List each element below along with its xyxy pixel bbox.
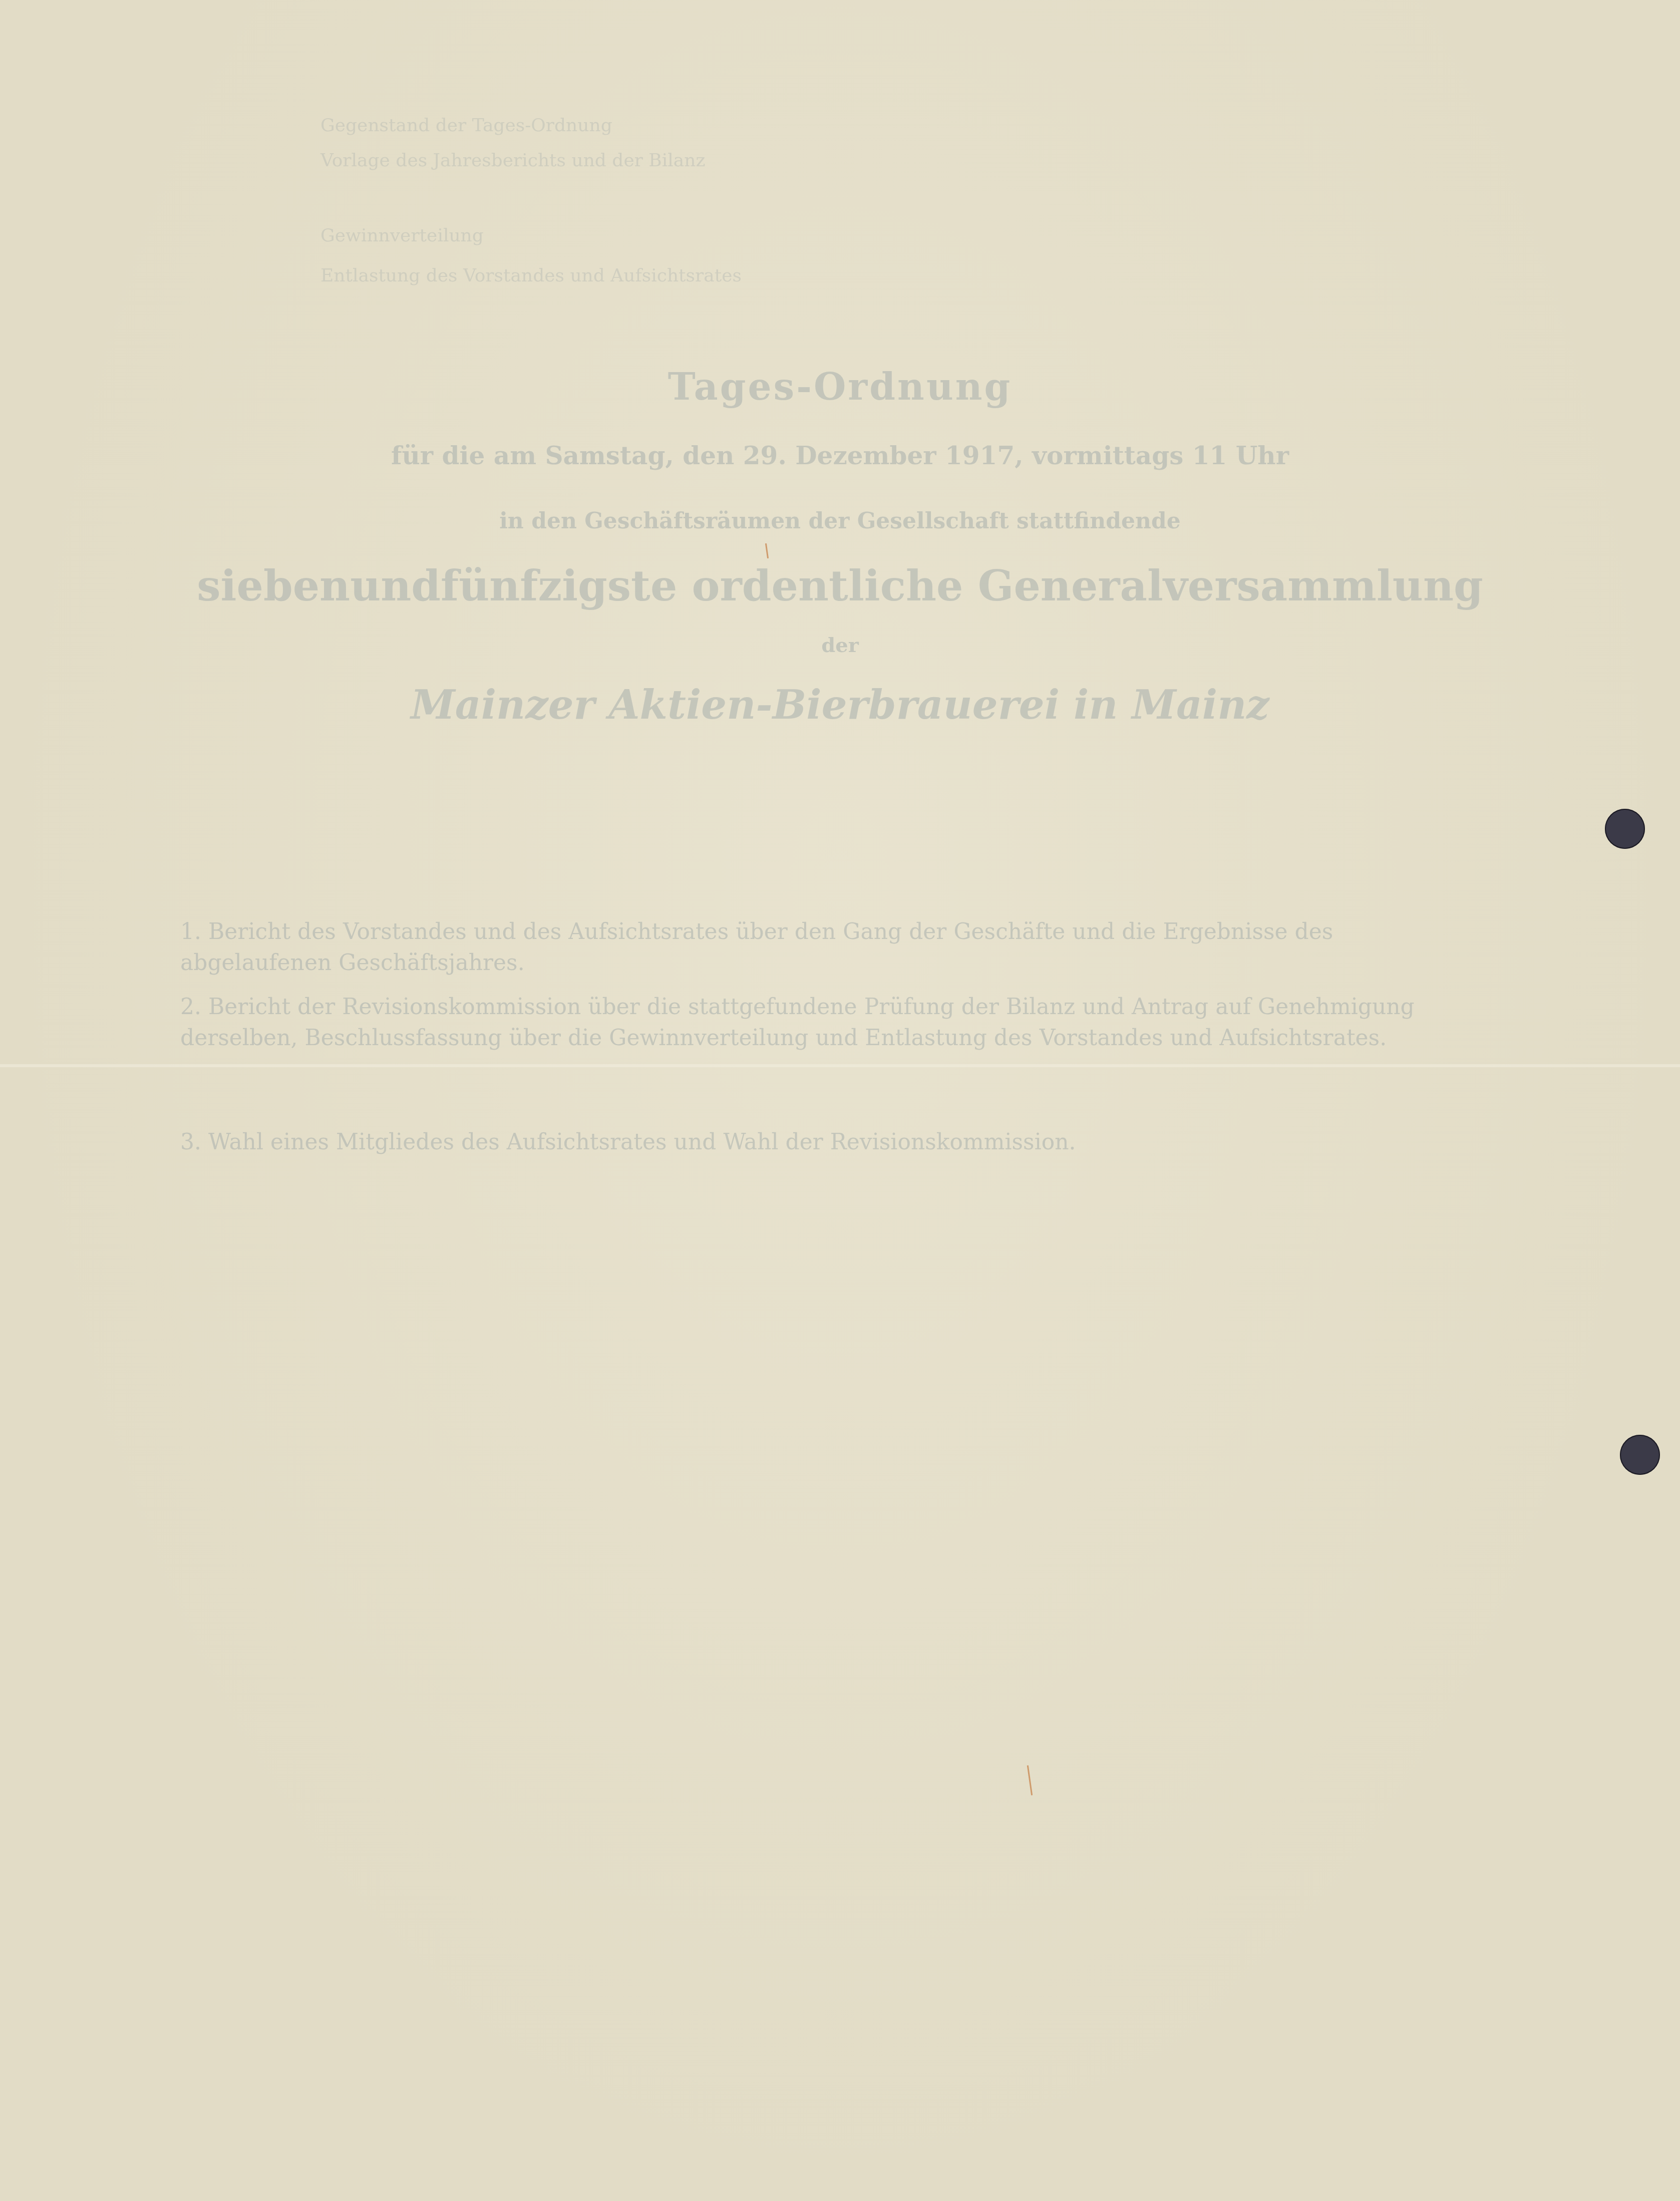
meeting-date-line: für die am Samstag, den 29. Dezember 191… xyxy=(0,441,1680,470)
agenda-item-number: 3. xyxy=(180,1129,201,1155)
agenda-item-3: 3. Wahl eines Mitgliedes des Aufsichtsra… xyxy=(180,1127,1482,1158)
faint-top-line: Gewinnverteilung xyxy=(320,225,484,246)
agenda-item-2: 2. Bericht der Revisionskommission über … xyxy=(180,992,1482,1054)
agenda-item-text: Bericht des Vorstandes und des Aufsichts… xyxy=(180,919,1333,976)
agenda-item-text: Wahl eines Mitgliedes des Aufsichtsrates… xyxy=(208,1129,1076,1155)
agenda-item-1: 1. Bericht des Vorstandes und des Aufsic… xyxy=(180,916,1482,979)
der-line: der xyxy=(0,634,1680,657)
agenda-item-number: 1. xyxy=(180,919,201,945)
agenda-item-text: Bericht der Revisionskommission über die… xyxy=(180,994,1415,1051)
agenda-item-number: 2. xyxy=(180,994,201,1020)
punch-hole-icon xyxy=(1605,809,1645,849)
company-name: Mainzer Aktien-Bierbrauerei in Mainz xyxy=(0,681,1680,728)
assembly-title: siebenundfünfzigste ordentliche Generalv… xyxy=(0,561,1680,610)
paper-fiber-mark xyxy=(765,543,769,558)
paper-crease xyxy=(0,1064,1680,1067)
agenda-heading: Tages-Ordnung xyxy=(0,366,1680,409)
faint-top-line: Entlastung des Vorstandes und Aufsichtsr… xyxy=(320,265,742,286)
faint-top-line: Gegenstand der Tages-Ordnung xyxy=(320,115,612,136)
punch-hole-icon xyxy=(1620,1435,1660,1475)
meeting-location-line: in den Geschäftsräumen der Gesellschaft … xyxy=(0,508,1680,534)
paper-fiber-mark xyxy=(1027,1765,1033,1795)
faint-top-line: Vorlage des Jahresberichts und der Bilan… xyxy=(320,150,705,171)
